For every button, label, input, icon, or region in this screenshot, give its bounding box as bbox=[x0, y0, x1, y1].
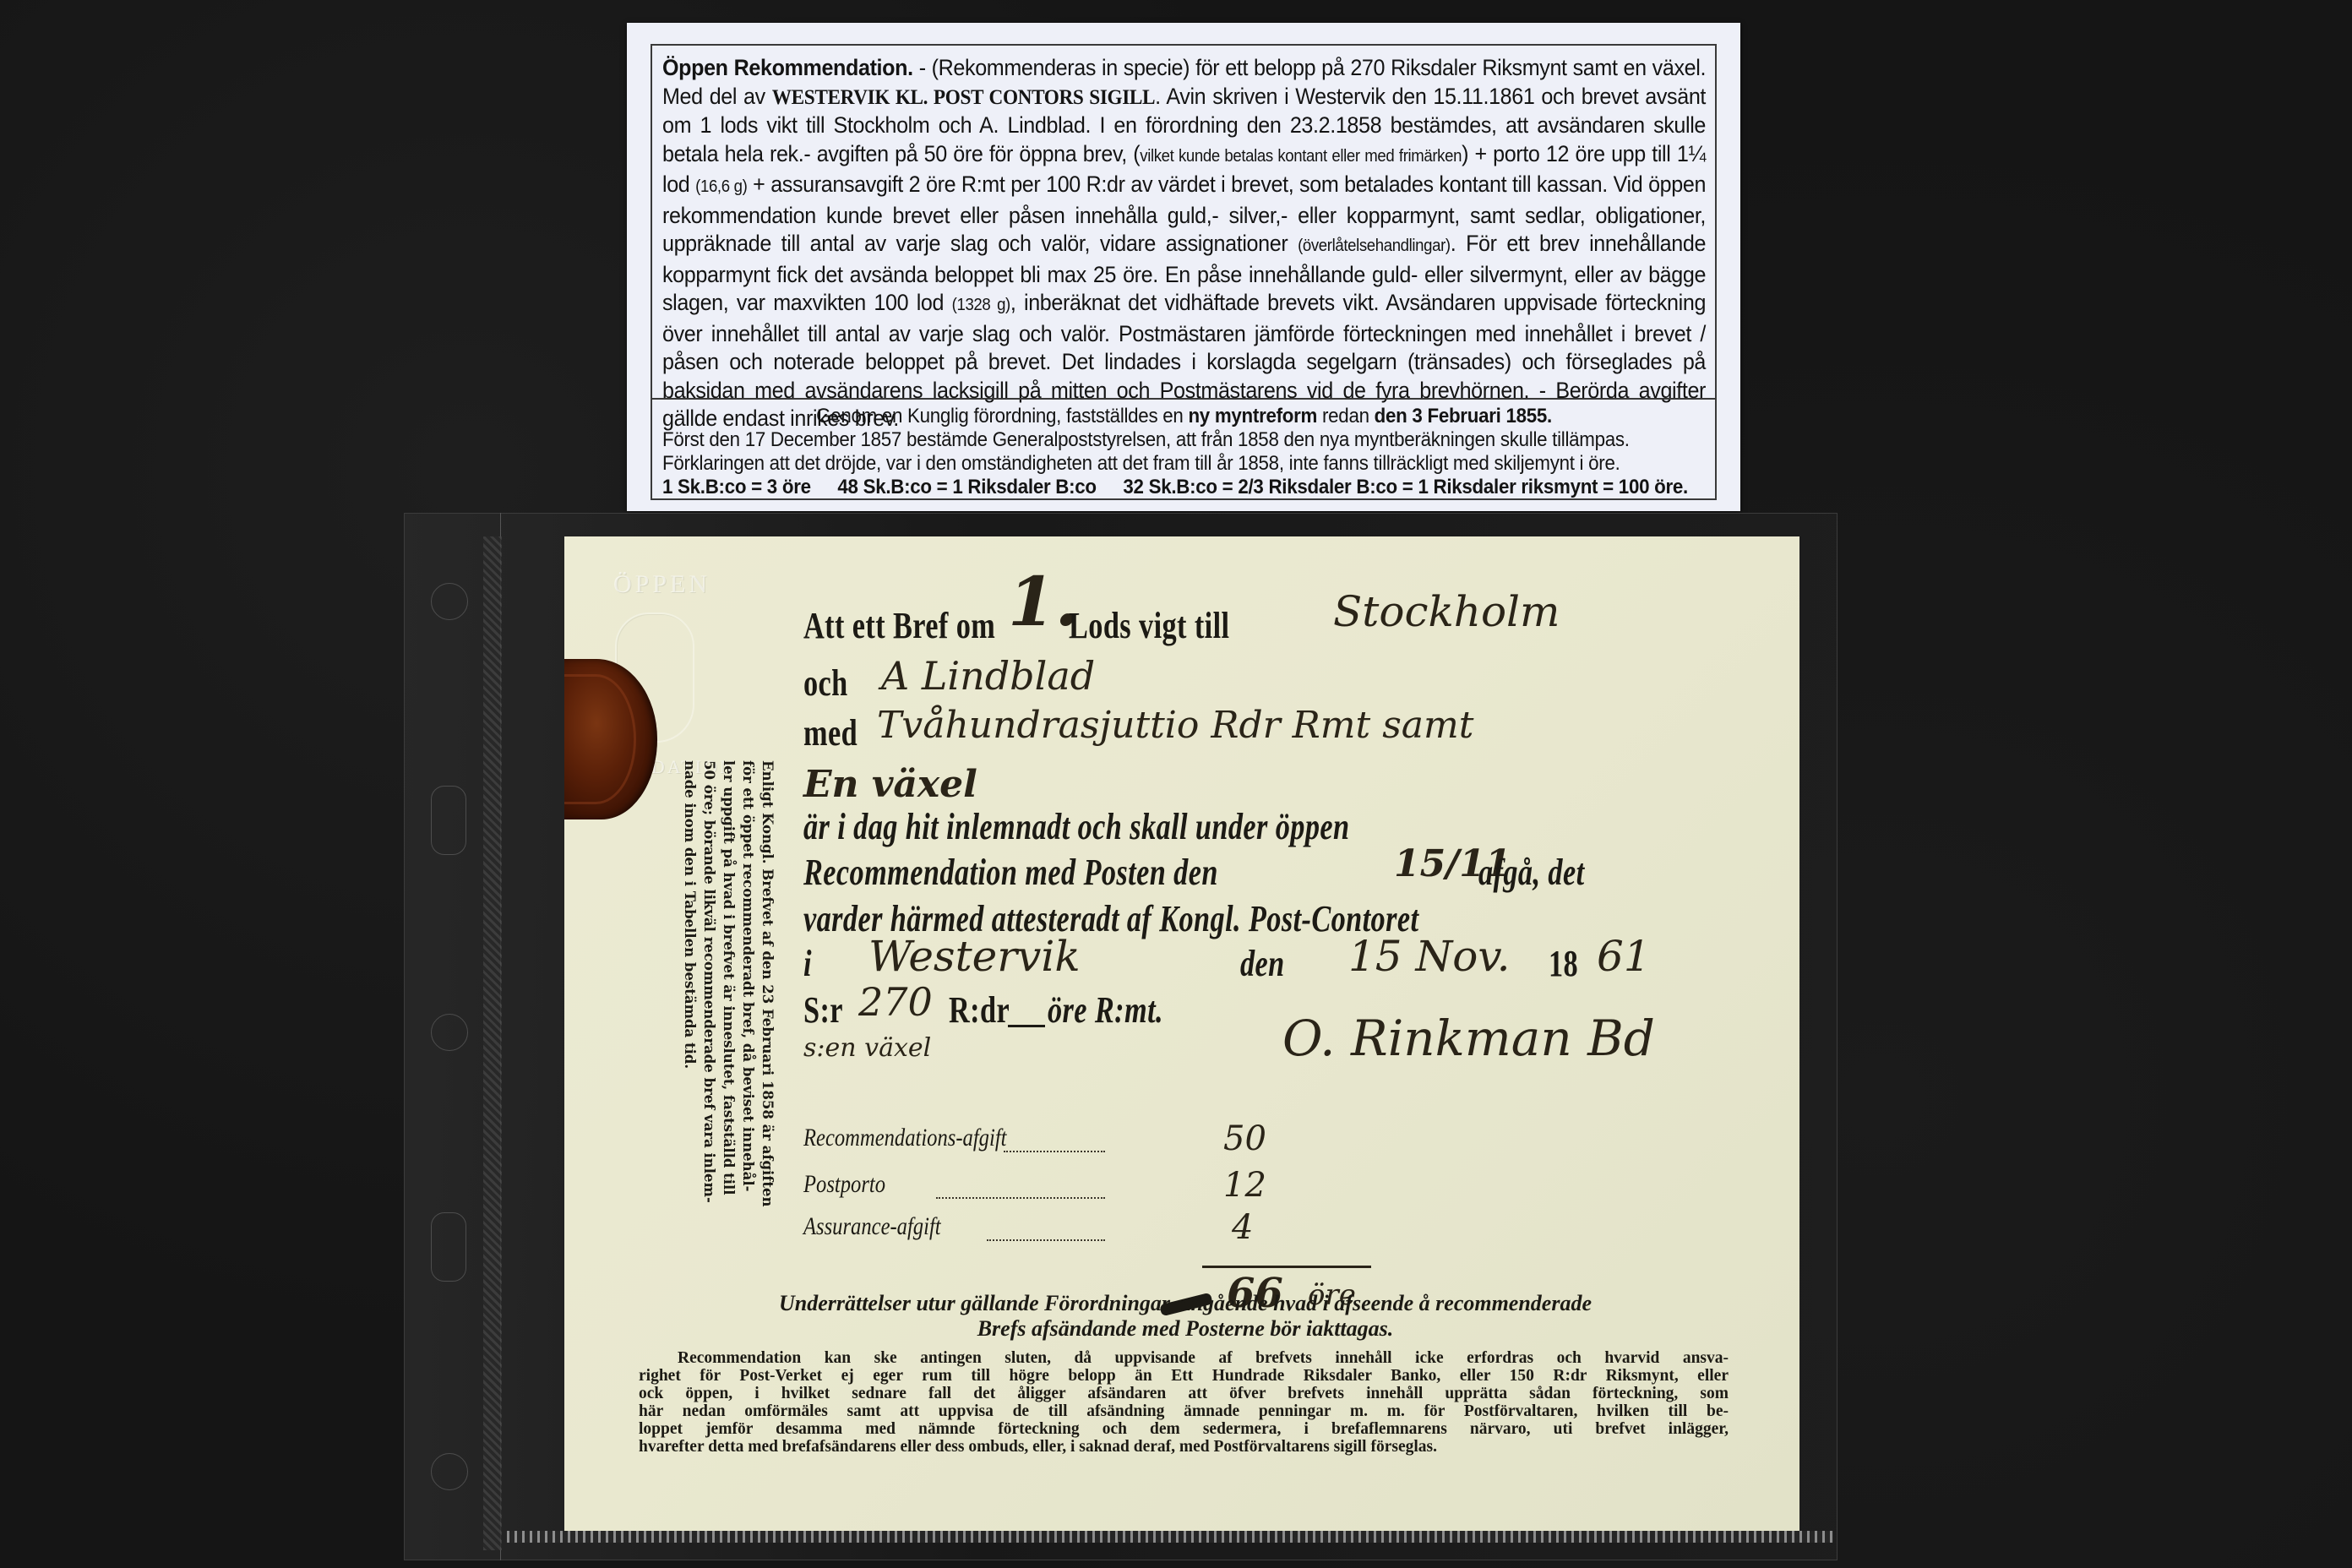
label-title: Öppen Rekommendation. bbox=[662, 55, 913, 80]
handwritten-note: s:en växel bbox=[803, 1033, 931, 1063]
printed-text: Lods vigt till bbox=[1069, 604, 1229, 647]
fee-value-recommendation: 50 bbox=[1223, 1119, 1266, 1158]
binder-hole-icon bbox=[431, 1014, 468, 1051]
reform-line-1: Genom en Kunglig förordning, fastställde… bbox=[662, 405, 1706, 428]
printed-text: med bbox=[803, 711, 857, 754]
notice-line: Recommendation kan ske antingen sluten, … bbox=[639, 1349, 1729, 1367]
printed-year-prefix: 18 bbox=[1549, 942, 1578, 985]
reform-line-2: Först den 17 December 1857 bestämde Gene… bbox=[662, 428, 1706, 452]
handwritten-amount-words: Tvåhundrasjuttio Rdr Rmt samt bbox=[877, 704, 1473, 747]
label-text-small: (överlåtelsehandlingar) bbox=[1298, 237, 1451, 255]
printed-text: öre R:mt. bbox=[1048, 988, 1163, 1032]
label-divider bbox=[652, 398, 1715, 400]
currency-reform-note: Genom en Kunglig förordning, fastställde… bbox=[662, 405, 1706, 499]
conversion-item: 32 Sk.B:co = 2/3 Riksdaler B:co = 1 Riks… bbox=[1123, 476, 1688, 498]
printed-text: Att ett Bref om bbox=[803, 604, 995, 647]
notice-line: hvarefter detta med brefafsändarens elle… bbox=[639, 1438, 1729, 1456]
binder-slot-icon bbox=[431, 1212, 466, 1282]
handwritten-addressee: A Lindblad bbox=[881, 653, 1095, 699]
fee-value-postporto: 12 bbox=[1223, 1166, 1266, 1205]
fee-label-recommendation: Recommendations-afgift bbox=[803, 1124, 1006, 1152]
reform-text: redan bbox=[1317, 405, 1375, 427]
notice-line: righet för Post-Verket ej eger rum till … bbox=[639, 1367, 1729, 1385]
fee-value-assurance: 4 bbox=[1232, 1208, 1253, 1247]
blank-line bbox=[1008, 1025, 1045, 1027]
label-text-small: (16,6 g) bbox=[695, 177, 747, 196]
sleeve-bottom-seam bbox=[507, 1531, 1833, 1543]
printed-text: i bbox=[803, 942, 812, 985]
description-label-card: Öppen Rekommendation. - (Rekommenderas i… bbox=[627, 23, 1740, 511]
printed-text: S:r bbox=[803, 988, 843, 1032]
notice-line: här nedan omförmäles samt att uppvisa de… bbox=[639, 1402, 1729, 1420]
sleeve-weld-seam bbox=[483, 536, 502, 1550]
printed-text: är i dag hit inlemnadt och skall under ö… bbox=[803, 805, 1349, 848]
notice-line: ock öppen, i hvilket sednare fall det ål… bbox=[639, 1385, 1729, 1402]
fee-dotted-leader bbox=[1004, 1151, 1105, 1152]
handwritten-year-suffix: 61 bbox=[1597, 932, 1651, 981]
handwritten-sum: 270 bbox=[858, 979, 933, 1025]
fee-label-assurance: Assurance-afgift bbox=[803, 1212, 941, 1241]
conversion-item: 1 Sk.B:co = 3 öre bbox=[662, 476, 811, 498]
fee-label-postporto: Postporto bbox=[803, 1170, 885, 1199]
description-paragraph: Öppen Rekommendation. - (Rekommenderas i… bbox=[662, 54, 1706, 433]
notice-title-line: Brefs afsändande med Posterne bör iaktta… bbox=[640, 1316, 1730, 1342]
label-text-small: (1328 g) bbox=[952, 296, 1010, 314]
handwritten-town: Westervik bbox=[868, 932, 1081, 981]
handwritten-date: 15 Nov. bbox=[1348, 932, 1511, 981]
reform-line-3: Förklaringen att det dröjde, var i den o… bbox=[662, 452, 1706, 476]
binder-hole-icon bbox=[431, 583, 468, 620]
handwritten-weight: 1. bbox=[1008, 562, 1079, 641]
currency-conversions: 1 Sk.B:co = 3 öre48 Sk.B:co = 1 Riksdale… bbox=[662, 476, 1706, 499]
notice-title: Underrättelser utur gällande Förordninga… bbox=[640, 1291, 1730, 1342]
reform-text: Genom en Kunglig förordning, fastställde… bbox=[816, 405, 1188, 427]
printed-text: Recommendation med Posten den bbox=[803, 851, 1218, 894]
sum-line bbox=[1202, 1266, 1371, 1268]
reform-date: den 3 Februari 1855. bbox=[1375, 405, 1552, 427]
label-text-small: vilket kunde betalas kontant eller med f… bbox=[1140, 147, 1462, 166]
postal-receipt-document: ÖPPEN MENDATION Enligt Kongl. Brefvet af… bbox=[564, 536, 1799, 1531]
conversion-item: 48 Sk.B:co = 1 Riksdaler B:co bbox=[837, 476, 1096, 498]
printed-text: och bbox=[803, 661, 848, 705]
binder-hole-icon bbox=[431, 1453, 468, 1490]
fee-dotted-leader bbox=[936, 1197, 1105, 1199]
label-sigill-name: WESTERVIK KL. POST CONTORS SIGILL bbox=[772, 86, 1155, 109]
fee-dotted-leader bbox=[987, 1239, 1105, 1241]
printed-text: R:dr bbox=[949, 988, 1010, 1032]
reform-highlight: ny myntreform bbox=[1188, 405, 1317, 427]
postmaster-signature: O. Rinkman Bd bbox=[1282, 1010, 1655, 1067]
printed-text: afgå, det bbox=[1478, 851, 1585, 894]
binder-slot-icon bbox=[431, 786, 466, 855]
description-label-border: Öppen Rekommendation. - (Rekommenderas i… bbox=[651, 44, 1717, 500]
handwritten-destination: Stockholm bbox=[1333, 587, 1560, 636]
handwritten-amount-words-2: En växel bbox=[803, 763, 977, 806]
notice-line: loppet jemför desamma med nämnde förteck… bbox=[639, 1420, 1729, 1438]
printed-text: den bbox=[1240, 942, 1285, 985]
notice-body: Recommendation kan ske antingen sluten, … bbox=[639, 1349, 1729, 1456]
notice-title-line: Underrättelser utur gällande Förordninga… bbox=[640, 1291, 1730, 1316]
label-title-dash: - bbox=[913, 55, 932, 80]
